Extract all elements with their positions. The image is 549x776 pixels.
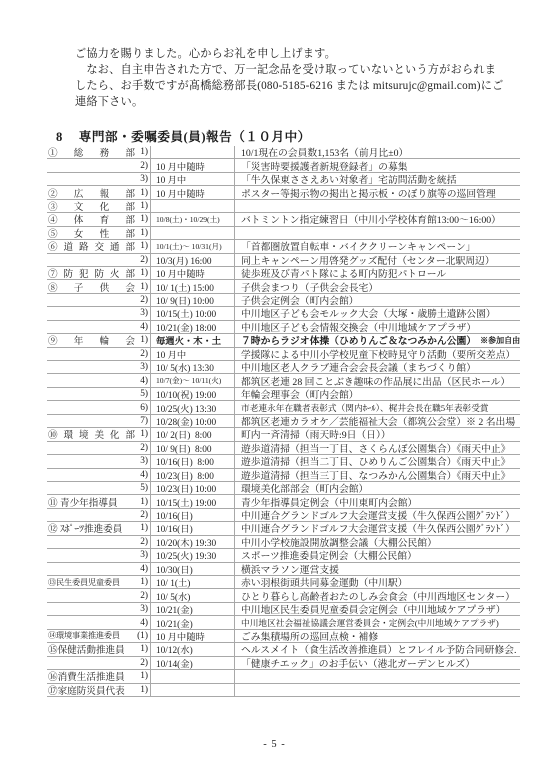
description-cell: 「健康チエック」のお手伝い（港北ガーデンヒルズ）	[234, 657, 520, 669]
table-row: ⑫ ｽﾎﾟｰﾂ推進委員1)10/16(日)中川連合グランドゴルフ大会運営支援（牛…	[47, 522, 520, 535]
date-cell: 10/14(金)	[150, 657, 234, 669]
table-row: 2)10 月中随時「災害時要援護者新規登録者」の募集	[47, 159, 520, 172]
item-number-cell: 2)	[135, 349, 150, 359]
date-cell: 10/ 5(水)	[150, 589, 234, 601]
item-number-cell: 4)	[135, 322, 150, 332]
page-number: - 5 -	[0, 739, 549, 750]
date-cell: 10/15(土) 10:00	[150, 307, 234, 319]
item-number-cell: 4)	[135, 376, 150, 386]
description-cell: 中川地区老人クラブ連合会会長会議（まちづくり館）	[234, 361, 520, 373]
description-cell: 環境美化部部会（町内会館）	[234, 482, 520, 494]
description-cell: スポーツ推進委員定例会（大棚公民館）	[234, 549, 520, 561]
department-cell: ② 広 報 部	[47, 186, 135, 200]
date-cell: 10 月中随時	[150, 267, 234, 279]
description-cell: 市老連永年在職者表彰式（関内ﾎｰﾙ）、梶井会長在職5年表彰受賞	[234, 401, 520, 413]
date-cell: 10/25(火) 19:30	[150, 549, 234, 561]
date-cell: 10/30(日)	[150, 563, 234, 575]
date-cell: 10 月中	[150, 173, 234, 185]
table-row: 4)10/23(日) 8:00遊歩道清掃（担当三丁目、なつみかん公園集合）《雨天…	[47, 469, 520, 482]
item-number-cell: 2)	[135, 295, 150, 305]
date-cell: 10/ 1(土) 15:00	[150, 280, 234, 292]
item-number-cell: 2)	[135, 537, 150, 547]
department-cell: ⑭環境事業推進委員	[47, 630, 135, 641]
date-cell	[150, 146, 234, 158]
date-cell: 10/20(木) 19:30	[150, 536, 234, 548]
date-cell: 10/10(祝) 19:00	[150, 388, 234, 400]
table-row: 6)10/25(火) 13:30市老連永年在職者表彰式（関内ﾎｰﾙ）、梶井会長在…	[47, 401, 520, 414]
description-cell: 子供会まつり（子供会会長宅）	[234, 280, 520, 292]
table-row: 3)10 月中「牛久保東ささえあい対象者」宅訪問活動を統括	[47, 173, 520, 186]
item-number-cell: 1)	[135, 241, 150, 251]
date-cell: 10/12(水)	[150, 643, 234, 655]
item-number-cell: 2)	[135, 161, 150, 171]
table-row: 4)10/30(日)横浜マラソン運営支援	[47, 563, 520, 576]
department-cell: ⑤ 女 性 部	[47, 226, 135, 240]
item-number-cell: 5)	[135, 483, 150, 493]
description-note: ※参加自由	[480, 335, 520, 346]
description-cell: バトミントン指定練習日（中川小学校体育館13:00～16:00）	[234, 213, 520, 225]
table-row: 5)10/23(日) 10:00環境美化部部会（町内会館）	[47, 482, 520, 495]
description-cell: 同上キャンペーン用啓発グッズ配付（センター北駅周辺）	[234, 254, 520, 266]
description-cell	[234, 200, 520, 212]
description-cell: 徒歩班及び青パト隊による町内防犯パトロール	[234, 267, 520, 279]
date-cell: 10 月中	[150, 348, 234, 360]
item-number-cell: 6)	[135, 403, 150, 413]
table-row: 7)10/28(金) 10:00都筑区老連カラオケ／芸能福祉大会（都筑公会堂）※…	[47, 415, 520, 428]
intro-line: ご協力を賜りました。心からお礼を申し上げます。	[75, 46, 505, 62]
department-cell: ⑧ 子 供 会	[47, 280, 135, 294]
table-row: ⑨ 年 輪 会1)毎週火・木・土７時からラジオ体操（ひめりんご＆なつみかん公園）…	[47, 334, 520, 347]
date-cell: 10/ 5(水) 13:30	[150, 361, 234, 373]
date-cell: 10/16(日)	[150, 522, 234, 534]
description-cell: 遊歩道清掃（担当三丁目、なつみかん公園集合）《雨天中止》	[234, 469, 520, 481]
department-cell: ⑰家庭防災員代表	[47, 683, 135, 697]
item-number-cell: 2)	[135, 510, 150, 520]
item-number-cell: 3)	[135, 362, 150, 372]
department-cell: ⑯消費生活推進員	[47, 669, 135, 683]
date-cell	[150, 227, 234, 239]
department-cell: ⑩ 環 境 美 化 部	[47, 427, 135, 441]
description-cell: 10/1現在の会員数1,153名（前月比±0）	[234, 146, 520, 158]
table-row: 4)10/21(金) 18:00中川地区子ども会情報交換会（中川地域ケアプラザ）	[47, 321, 520, 334]
item-number-cell: 3)	[135, 604, 150, 614]
table-row: ⑭環境事業推進委員(1)10 月中随時ごみ集積場所の巡回点検・補修	[47, 630, 520, 643]
item-number-cell: 1)	[135, 577, 150, 587]
date-cell: 10/21(金)	[150, 616, 234, 628]
date-cell: 10/23(日) 8:00	[150, 469, 234, 481]
description-cell: 「首都圏放置自転車・バイククリーンキャンペーン」	[234, 240, 520, 252]
description-cell: 「災害時要援護者新規登録者」の募集	[234, 159, 520, 171]
table-row: ⑩ 環 境 美 化 部1)10/ 2(日) 8:00町内一斉清掃（雨天時:9日（…	[47, 428, 520, 441]
item-number-cell: 3)	[135, 308, 150, 318]
date-cell: 10 月中随時	[150, 186, 234, 198]
item-number-cell: 1)	[135, 188, 150, 198]
table-row: 3)10/15(土) 10:00中川地区子ども会モルック大会（大塚・歳勝土遺跡公…	[47, 307, 520, 320]
table-row: 2)10/ 9(日) 8:00遊歩道清掃（担当一丁目、さくらんぼ公園集合）《雨天…	[47, 442, 520, 455]
date-cell: 10/3(月) 16:00	[150, 254, 234, 266]
item-number-cell: 1)	[135, 497, 150, 507]
report-table: ① 総 務 部1)10/1現在の会員数1,153名（前月比±0）2)10 月中随…	[47, 146, 520, 697]
description-cell: 中川地区子ども会モルック大会（大塚・歳勝土遺跡公園）	[234, 307, 520, 319]
table-row: 3)10/25(火) 19:30スポーツ推進委員定例会（大棚公民館）	[47, 549, 520, 562]
item-number-cell: 1)	[135, 214, 150, 224]
table-row: ⑮保健活動推進員1)10/12(水)ヘルスメイト（食生活改善推進員）とフレイル予…	[47, 643, 520, 656]
item-number-cell: 1)	[135, 282, 150, 292]
department-cell: ④ 体 育 部	[47, 212, 135, 226]
date-cell: 10/21(金) 18:00	[150, 321, 234, 333]
table-row: 2)10/ 9(日) 10:00子供会定例会（町内会館）	[47, 294, 520, 307]
table-row: ⑤ 女 性 部1)	[47, 227, 520, 240]
description-cell: 中川地区民生委員児童委員会定例会（中川地域ケアプラザ）	[234, 603, 520, 615]
description-cell	[234, 684, 520, 696]
table-row: 4)10/7(金)～ 10/11(火)都筑区老連 28 回ことぶき趣味の作品展に…	[47, 374, 520, 387]
department-cell: ⑦ 防 犯 防 火 部	[47, 266, 135, 280]
table-row: ② 広 報 部1)10 月中随時ポスター等掲示物の掲出と掲示板・のぼり旗等の巡回…	[47, 186, 520, 199]
date-cell: 10/16(日) 8:00	[150, 455, 234, 467]
date-cell: 10/25(火) 13:30	[150, 401, 234, 413]
department-cell: ⑥ 道 路 交 通 部	[47, 239, 135, 253]
item-number-cell: 2)	[135, 255, 150, 265]
section-title: 専門部・委嘱委員(員)報告（１０月中）	[79, 130, 311, 144]
description-cell: 横浜マラソン運営支援	[234, 563, 520, 575]
description-cell: 遊歩道清掃（担当一丁目、さくらんぼ公園集合）《雨天中止》	[234, 442, 520, 454]
intro-line: 連絡下さい。	[75, 94, 505, 110]
description-cell: 年輪会理事会（町内会館）	[234, 388, 520, 400]
section-number: 8	[56, 130, 63, 144]
description-cell: 青少年指導員定例会（中川東町内会館）	[234, 495, 520, 507]
item-number-cell: 3)	[135, 174, 150, 184]
table-row: ④ 体 育 部1)10/8(土)・10/29(土)バトミントン指定練習日（中川小…	[47, 213, 520, 226]
description-cell: 町内一斉清掃（雨天時:9日（日））	[234, 428, 520, 440]
department-cell: ⑬民生委員児童委員	[47, 577, 135, 588]
department-cell: ⑮保健活動推進員	[47, 642, 135, 656]
department-cell: ① 総 務 部	[47, 145, 135, 159]
description-cell: 都筑区老連 28 回ことぶき趣味の作品展に出品（区民ホール）	[234, 374, 520, 386]
description-cell: 中川地区子ども会情報交換会（中川地域ケアプラザ）	[234, 321, 520, 333]
item-number-cell: 7)	[135, 416, 150, 426]
description-cell: 中川地区社会福祉協議会運営委員会・定例会(中川地域ケアプラザ)	[234, 616, 520, 628]
item-number-cell: 1)	[135, 268, 150, 278]
date-cell: 10/28(金) 10:00	[150, 415, 234, 427]
date-cell: 10/ 9(日) 10:00	[150, 294, 234, 306]
document-page: ご協力を賜りました。心からお礼を申し上げます。 なお、自主申告された方で、万一記…	[0, 0, 549, 776]
item-number-cell: 2)	[135, 591, 150, 601]
date-cell: 毎週火・木・土	[150, 334, 234, 346]
date-cell: 10/23(日) 10:00	[150, 482, 234, 494]
item-number-cell: 1)	[135, 228, 150, 238]
description-cell: 中川小学校施設開放調整会議（大棚公民館）	[234, 536, 520, 548]
date-cell: 10/8(土)・10/29(土)	[150, 213, 234, 225]
table-row: ⑯消費生活推進員1)	[47, 670, 520, 683]
item-number-cell: 1)	[135, 671, 150, 681]
section-heading: 8専門部・委嘱委員(員)報告（１０月中）	[56, 126, 311, 145]
table-row: 2)10/3(月) 16:00同上キャンペーン用啓発グッズ配付（センター北駅周辺…	[47, 254, 520, 267]
date-cell: 10 月中随時	[150, 630, 234, 642]
date-cell	[150, 684, 234, 696]
table-row: ⑥ 道 路 交 通 部1)10/1(土)～ 10/31(月)「首都圏放置自転車・…	[47, 240, 520, 253]
item-number-cell: 1)	[135, 201, 150, 211]
date-cell: 10/7(金)～ 10/11(火)	[150, 374, 234, 386]
description-cell: ごみ集積場所の巡回点検・補修	[234, 630, 520, 642]
item-number-cell: 1)	[135, 644, 150, 654]
item-number-cell: 5)	[135, 389, 150, 399]
description-cell: 学援隊による中川小学校児童下校時見守り活動（要所交差点）	[234, 348, 520, 360]
table-row: 2)10/16(日)中川連合グランドゴルフ大会運営支援（牛久保西公園ｸﾞﾗﾝﾄﾞ…	[47, 509, 520, 522]
item-number-cell: (1)	[135, 631, 150, 641]
item-number-cell: 3)	[135, 550, 150, 560]
description-cell: 中川連合グランドゴルフ大会運営支援（牛久保西公園ｸﾞﾗﾝﾄﾞ）	[234, 509, 520, 521]
date-cell: 10/ 1(土)	[150, 576, 234, 588]
date-cell: 10 月中随時	[150, 159, 234, 171]
item-number-cell: 3)	[135, 456, 150, 466]
date-cell: 10/16(日)	[150, 509, 234, 521]
department-cell: ⑪ 青少年指導員	[47, 495, 135, 509]
table-row: ③ 文 化 部1)	[47, 200, 520, 213]
table-row: 2)10/ 5(水)ひとり暮らし高齢者おたのしみ会食会（中川西地区センター）	[47, 589, 520, 602]
date-cell: 10/ 9(日) 8:00	[150, 442, 234, 454]
table-row: 2)10/14(金)「健康チエック」のお手伝い（港北ガーデンヒルズ）	[47, 657, 520, 670]
intro-line: したら、お手数ですが髙橋総務部長(080-5185-6216 または mitsu…	[75, 78, 505, 94]
date-cell: 10/1(土)～ 10/31(月)	[150, 240, 234, 252]
table-row: 4)10/21(金)中川地区社会福祉協議会運営委員会・定例会(中川地域ケアプラザ…	[47, 616, 520, 629]
description-cell: 「牛久保東ささえあい対象者」宅訪問活動を統括	[234, 173, 520, 185]
item-number-cell: 1)	[135, 523, 150, 533]
date-cell: 10/21(金)	[150, 603, 234, 615]
description-cell	[234, 670, 520, 682]
table-row: 3)10/16(日) 8:00遊歩道清掃（担当二丁目、ひめりんご公園集合）《雨天…	[47, 455, 520, 468]
item-number-cell: 1)	[135, 429, 150, 439]
date-cell	[150, 670, 234, 682]
department-cell: ⑫ ｽﾎﾟｰﾂ推進委員	[47, 521, 135, 535]
item-number-cell: 1)	[135, 685, 150, 695]
table-row: 3)10/21(金)中川地区民生委員児童委員会定例会（中川地域ケアプラザ）	[47, 603, 520, 616]
item-number-cell: 1)	[135, 147, 150, 157]
item-number-cell: 2)	[135, 443, 150, 453]
description-cell: 赤い羽根街頭共同募金運動（中川駅）	[234, 576, 520, 588]
description-cell: 中川連合グランドゴルフ大会運営支援（牛久保西公園ｸﾞﾗﾝﾄﾞ）	[234, 522, 520, 534]
item-number-cell: 2)	[135, 658, 150, 668]
table-row: 5)10/10(祝) 19:00年輪会理事会（町内会館）	[47, 388, 520, 401]
table-row: ⑪ 青少年指導員1)10/15(土) 19:00青少年指導員定例会（中川東町内会…	[47, 495, 520, 508]
date-cell: 10/15(土) 19:00	[150, 495, 234, 507]
table-row: ① 総 務 部1)10/1現在の会員数1,153名（前月比±0）	[47, 146, 520, 159]
item-number-cell: 4)	[135, 470, 150, 480]
intro-paragraphs: ご協力を賜りました。心からお礼を申し上げます。 なお、自主申告された方で、万一記…	[75, 46, 505, 110]
description-cell	[234, 227, 520, 239]
table-row: ⑦ 防 犯 防 火 部1)10 月中随時徒歩班及び青パト隊による町内防犯パトロー…	[47, 267, 520, 280]
description-cell: 子供会定例会（町内会館）	[234, 294, 520, 306]
table-row: 2)10 月中学援隊による中川小学校児童下校時見守り活動（要所交差点）	[47, 348, 520, 361]
description-cell: ヘルスメイト（食生活改善推進員）とフレイル予防合同研修会.	[234, 643, 520, 655]
description-cell: ポスター等掲示物の掲出と掲示板・のぼり旗等の巡回管理	[234, 186, 520, 198]
table-row: ⑰家庭防災員代表1)	[47, 684, 520, 697]
table-row: 2)10/20(木) 19:30中川小学校施設開放調整会議（大棚公民館）	[47, 536, 520, 549]
table-row: ⑧ 子 供 会1)10/ 1(土) 15:00子供会まつり（子供会会長宅）	[47, 280, 520, 293]
table-row: 3)10/ 5(水) 13:30中川地区老人クラブ連合会会長会議（まちづくり館）	[47, 361, 520, 374]
item-number-cell: 4)	[135, 564, 150, 574]
description-cell: ７時からラジオ体操（ひめりんご＆なつみかん公園）※参加自由	[234, 334, 520, 346]
description-cell: 遊歩道清掃（担当二丁目、ひめりんご公園集合）《雨天中止》	[234, 455, 520, 467]
table-row: ⑬民生委員児童委員1)10/ 1(土)赤い羽根街頭共同募金運動（中川駅）	[47, 576, 520, 589]
item-number-cell: 1)	[135, 335, 150, 345]
item-number-cell: 4)	[135, 618, 150, 628]
intro-line: なお、自主申告された方で、万一記念品を受け取っていないという方がおられま	[75, 62, 505, 78]
department-cell: ③ 文 化 部	[47, 199, 135, 213]
description-cell: 都筑区老連カラオケ／芸能福祉大会（都筑公会堂）※ 2 名出場	[234, 415, 520, 427]
description-cell: ひとり暮らし高齢者おたのしみ会食会（中川西地区センター）	[234, 589, 520, 601]
department-cell: ⑨ 年 輪 会	[47, 333, 135, 347]
date-cell: 10/ 2(日) 8:00	[150, 428, 234, 440]
date-cell	[150, 200, 234, 212]
